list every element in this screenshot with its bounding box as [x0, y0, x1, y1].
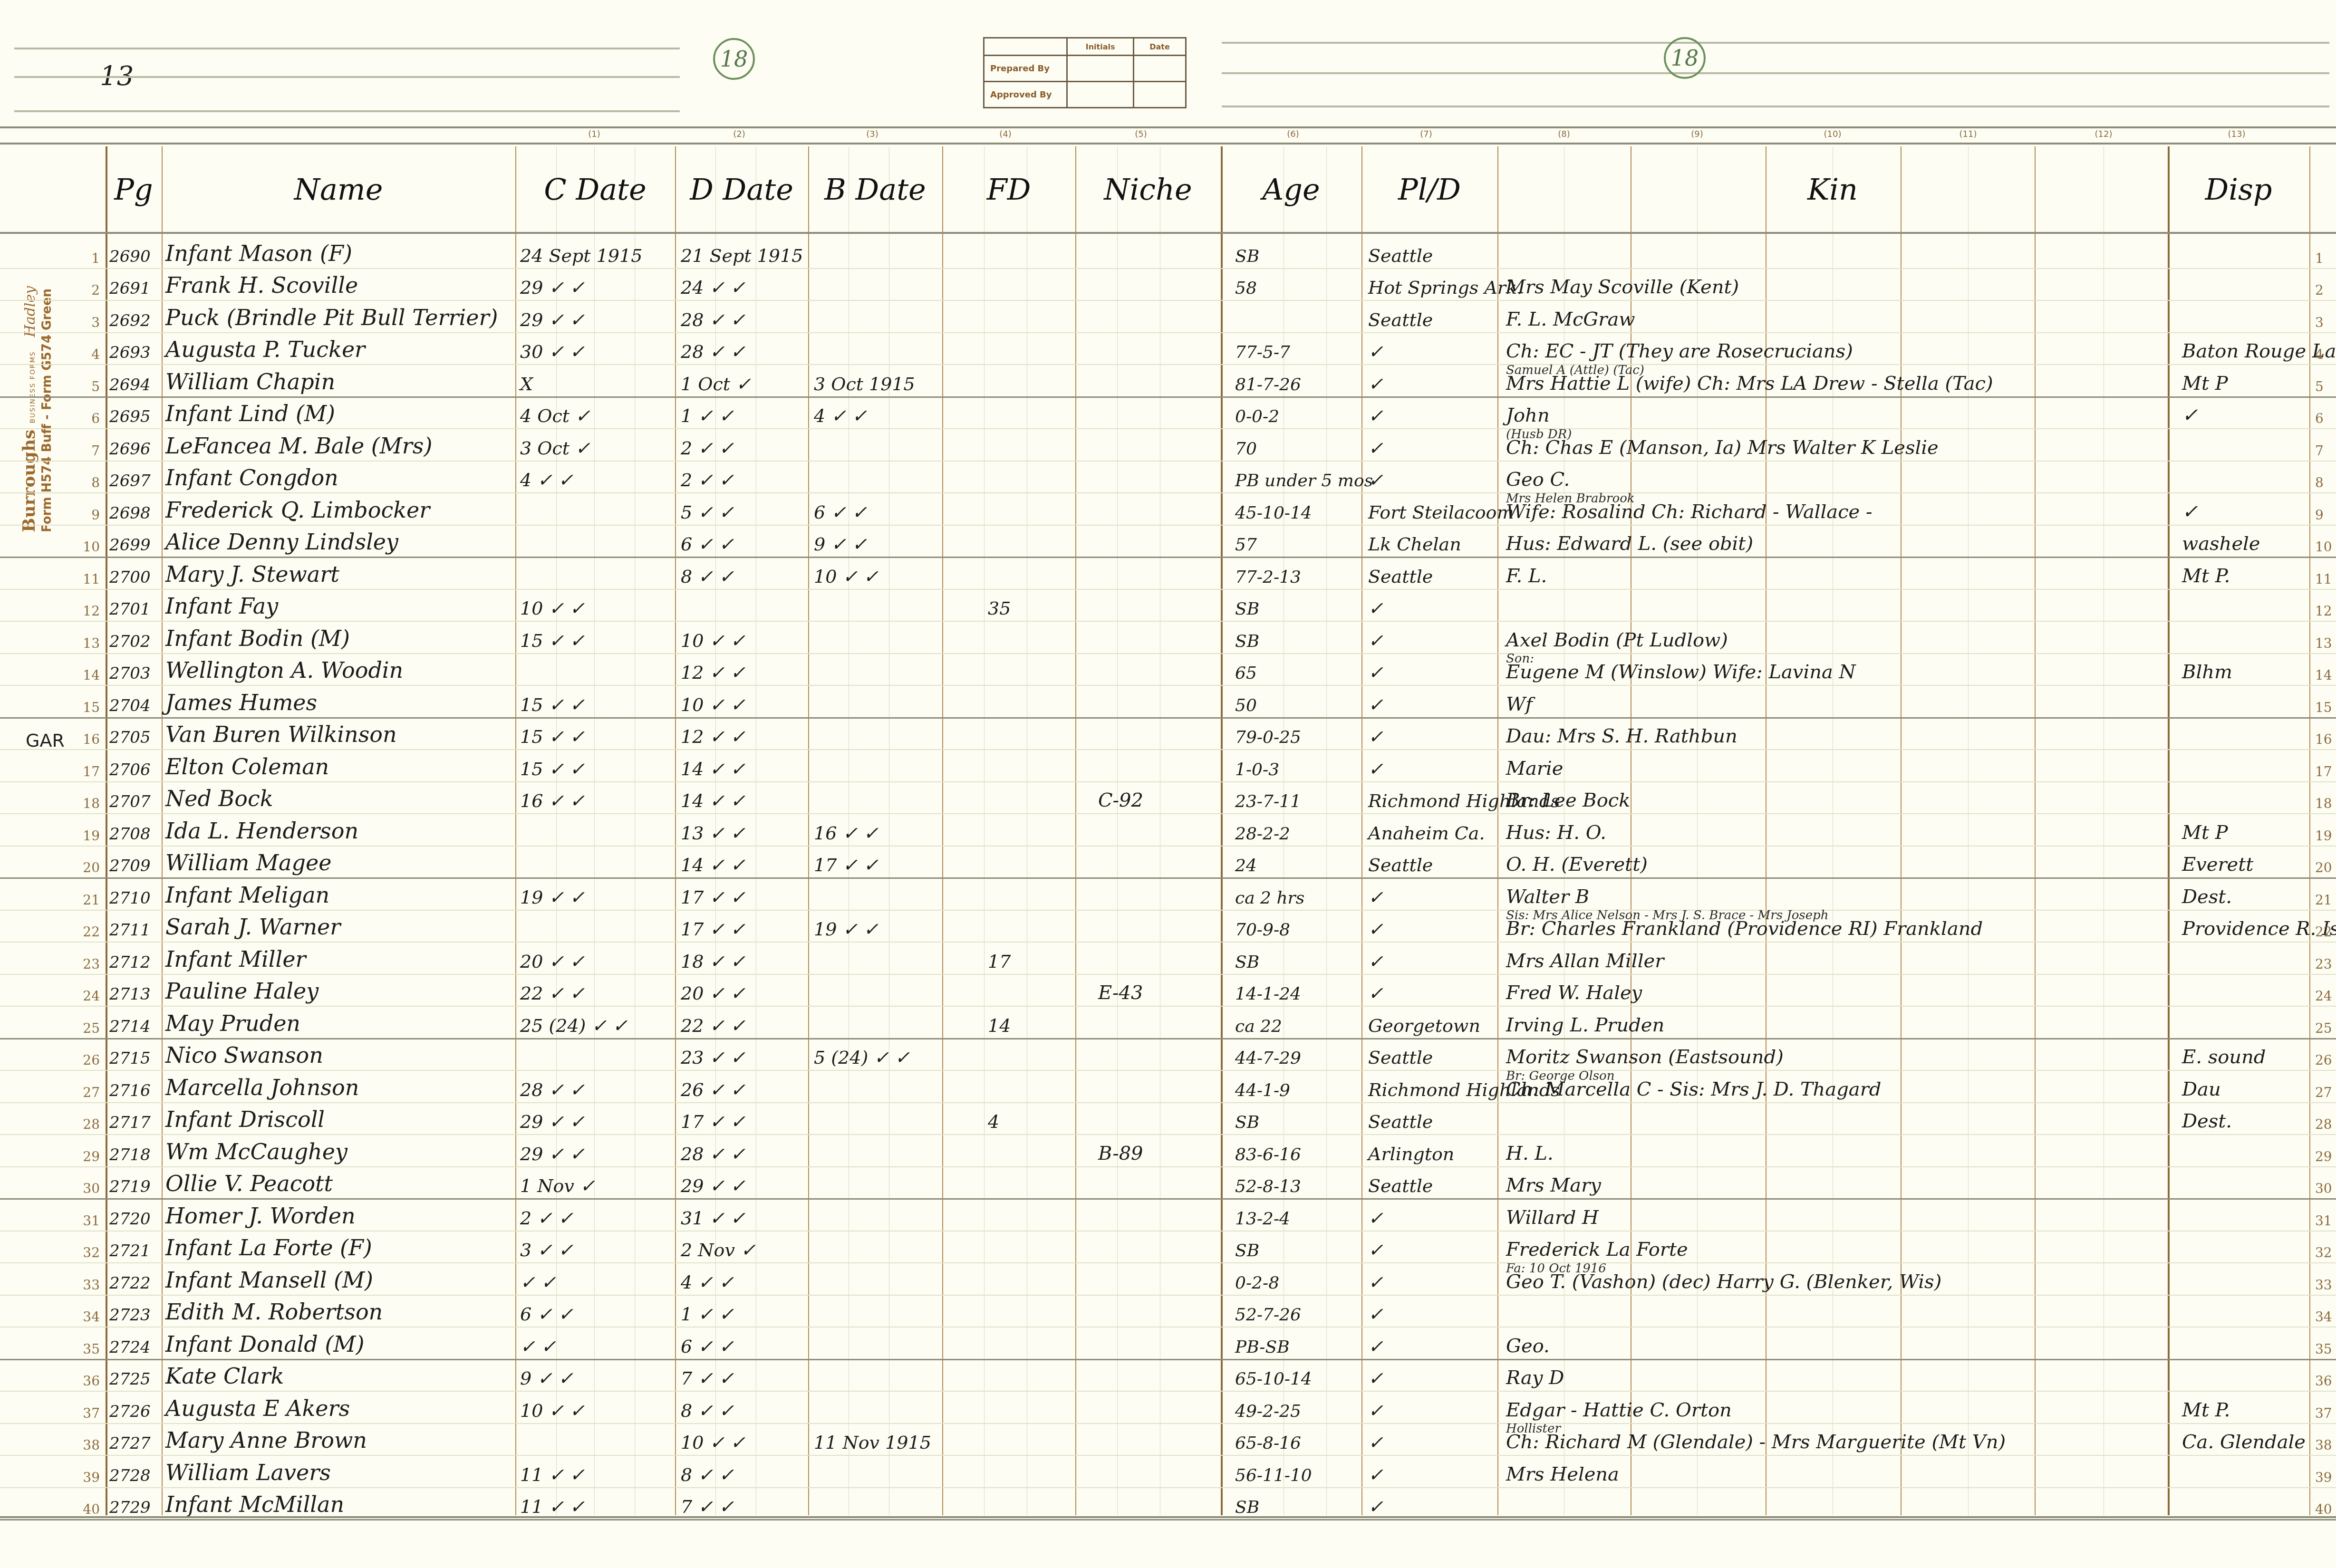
cell-pg: 2713 — [109, 985, 151, 1004]
cell-d-date: 2 ✓ ✓ — [681, 470, 734, 491]
cell-b-date: 11 Nov 1915 — [814, 1432, 931, 1453]
cell-line: 30 — [76, 1181, 100, 1196]
cell-pd: ✓ — [1368, 405, 1383, 426]
cell-line: 9 — [76, 507, 100, 523]
cell-d-date: 21 Sept 1915 — [681, 245, 803, 266]
cell-kin: Axel Bodin (Pt Ludlow) — [1506, 629, 1728, 651]
cell-kin: Mrs Helena — [1506, 1463, 1619, 1485]
cell-name: Nico Swanson — [165, 1042, 323, 1068]
cell-line-right: 11 — [2315, 571, 2332, 587]
table-row: 182707Ned Bock16 ✓ ✓14 ✓ ✓C-9223-7-11Ric… — [0, 781, 2336, 815]
column-number: (8) — [1558, 129, 1570, 139]
cell-d-date: 7 ✓ ✓ — [681, 1368, 734, 1389]
cell-kin: Mrs Mary — [1506, 1174, 1601, 1196]
cell-age: 77-5-7 — [1235, 343, 1290, 362]
cell-d-date: 17 ✓ ✓ — [681, 919, 745, 940]
cell-kin: O. H. (Everett) — [1506, 854, 1648, 875]
cell-line-right: 28 — [2315, 1116, 2332, 1132]
cell-line: 1 — [76, 250, 100, 266]
cell-line-right: 13 — [2315, 635, 2332, 651]
cell-kin: Geo. — [1506, 1335, 1550, 1357]
cell-line: 19 — [76, 828, 100, 844]
cell-c-date: 15 ✓ ✓ — [520, 630, 585, 651]
cell-name: Ollie V. Peacott — [165, 1171, 333, 1196]
cell-kin: Br: Charles Frankland (Providence RI) Fr… — [1506, 918, 1983, 940]
cell-b-date: 9 ✓ ✓ — [814, 534, 867, 555]
cell-pg: 2723 — [109, 1306, 151, 1325]
cell-kin: Geo T. (Vashon) (dec) Harry G. (Blenker,… — [1506, 1271, 1941, 1293]
cell-c-date: 28 ✓ ✓ — [520, 1079, 585, 1100]
cell-d-date: 26 ✓ ✓ — [681, 1079, 745, 1100]
cell-line-right: 29 — [2315, 1149, 2332, 1164]
cell-fd: 4 — [988, 1111, 999, 1132]
cell-pd: Seattle — [1368, 1175, 1433, 1196]
cell-kin: Wf — [1506, 693, 1533, 715]
cell-name: Pauline Haley — [165, 978, 319, 1004]
cell-kin: Frederick La Forte — [1506, 1239, 1688, 1260]
cell-c-date: 25 (24) ✓ ✓ — [520, 1015, 627, 1036]
cell-b-date: 16 ✓ ✓ — [814, 823, 878, 844]
cell-pg: 2729 — [109, 1498, 151, 1517]
cell-line-right: 26 — [2315, 1052, 2332, 1068]
approved-by-initials[interactable] — [1067, 82, 1134, 108]
cell-name: Wellington A. Woodin — [165, 657, 403, 683]
cell-d-date: 23 ✓ ✓ — [681, 1047, 745, 1068]
cell-line-right: 8 — [2315, 475, 2324, 491]
cell-disp: Mt P — [2182, 373, 2228, 394]
cell-kin: Ch: EC - JT (They are Rosecrucians) — [1506, 340, 1853, 362]
cell-kin: Mrs Hattie L (wife) Ch: Mrs LA Drew - St… — [1506, 373, 1993, 394]
cell-kin: Br: Lee Bock — [1506, 789, 1630, 811]
cell-pg: 2694 — [109, 375, 151, 394]
cell-d-date: 20 ✓ ✓ — [681, 983, 745, 1004]
table-row: 92698Frederick Q. Limbocker5 ✓ ✓6 ✓ ✓45-… — [0, 492, 2336, 526]
rule — [14, 76, 680, 78]
cell-line: 14 — [76, 667, 100, 683]
cell-disp: E. sound — [2182, 1046, 2266, 1068]
cell-d-date: 29 ✓ ✓ — [681, 1175, 745, 1196]
cell-age: SB — [1235, 1498, 1259, 1517]
table-row: 262715Nico Swanson23 ✓ ✓5 (24) ✓ ✓44-7-2… — [0, 1038, 2336, 1071]
cell-kin: Wife: Rosalind Ch: Richard - Wallace - — [1506, 501, 1873, 523]
cell-line-right: 15 — [2315, 700, 2332, 715]
rule — [14, 48, 680, 49]
cell-age: 65 — [1235, 664, 1257, 683]
cell-name: Augusta E Akers — [165, 1395, 350, 1421]
cell-age: ca 22 — [1235, 1017, 1282, 1036]
cell-line: 2 — [76, 282, 100, 298]
cell-disp: Dau — [2182, 1078, 2221, 1100]
cell-kin: Edgar - Hattie C. Orton — [1506, 1399, 1732, 1421]
header-kin: Kin — [1497, 146, 2168, 232]
cell-line: 10 — [76, 539, 100, 555]
table-row: 372726Augusta E Akers10 ✓ ✓8 ✓ ✓49-2-25✓… — [0, 1391, 2336, 1424]
cell-line-right: 3 — [2315, 315, 2324, 330]
cell-d-date: 28 ✓ ✓ — [681, 341, 745, 362]
cell-line-right: 30 — [2315, 1181, 2332, 1196]
table-row: 272716Marcella Johnson28 ✓ ✓26 ✓ ✓44-1-9… — [0, 1070, 2336, 1103]
column-number: (6) — [1287, 129, 1299, 139]
table-row: 362725Kate Clark9 ✓ ✓7 ✓ ✓65-10-14✓Ray D… — [0, 1359, 2336, 1392]
cell-pd: Seattle — [1368, 1111, 1433, 1132]
rule — [14, 110, 680, 112]
cell-disp: Blhm — [2182, 661, 2232, 683]
cell-kin: Ray D — [1506, 1367, 1564, 1389]
cell-line-right: 4 — [2315, 346, 2324, 362]
table-row: 222711Sarah J. Warner17 ✓ ✓19 ✓ ✓70-9-8✓… — [0, 910, 2336, 943]
cell-kin: Ch: Marcella C - Sis: Mrs J. D. Thagard — [1506, 1078, 1881, 1100]
cell-line: 25 — [76, 1020, 100, 1036]
cell-line-right: 23 — [2315, 956, 2332, 972]
table-row: 142703Wellington A. Woodin12 ✓ ✓65✓Son:E… — [0, 653, 2336, 686]
cell-pg: 2691 — [109, 279, 151, 298]
cell-line-right: 38 — [2315, 1437, 2332, 1453]
cell-kin: F. L. — [1506, 565, 1547, 587]
cell-line-right: 14 — [2315, 667, 2332, 683]
cell-age: 57 — [1235, 535, 1257, 555]
prepared-by-label: Prepared By — [984, 56, 1067, 82]
cell-pd: ✓ — [1368, 1240, 1383, 1260]
cell-kin: F. L. McGraw — [1506, 308, 1635, 330]
table-row: 322721Infant La Forte (F)3 ✓ ✓2 Nov ✓SB✓… — [0, 1231, 2336, 1264]
cell-kin: Hus: H. O. — [1506, 822, 1606, 844]
cell-name: William Magee — [165, 850, 331, 875]
cell-pd: Anaheim Ca. — [1368, 823, 1485, 844]
cell-age: 1-0-3 — [1235, 760, 1279, 779]
cell-name: Mary Anne Brown — [165, 1427, 367, 1453]
cell-d-date: 10 ✓ ✓ — [681, 694, 745, 715]
column-number: (3) — [866, 129, 878, 139]
cell-line-right: 17 — [2315, 764, 2332, 779]
cell-b-date: 19 ✓ ✓ — [814, 919, 878, 940]
cell-d-date: 17 ✓ ✓ — [681, 1111, 745, 1132]
cell-pd: ✓ — [1368, 887, 1383, 908]
cell-name: Van Buren Wilkinson — [165, 721, 397, 747]
cell-line-right: 5 — [2315, 379, 2324, 394]
cell-age: 23-7-11 — [1235, 792, 1301, 811]
cell-line-right: 20 — [2315, 860, 2332, 875]
cell-pd: ✓ — [1368, 1496, 1383, 1517]
approved-by-date[interactable] — [1134, 82, 1186, 108]
header-b-date: B Date — [808, 146, 942, 232]
cell-kin: Geo C. — [1506, 469, 1570, 491]
table-row: 202709William Magee14 ✓ ✓17 ✓ ✓24Seattle… — [0, 846, 2336, 879]
cell-pg: 2690 — [109, 247, 151, 266]
cell-line-right: 18 — [2315, 796, 2332, 811]
cell-disp: Dest. — [2182, 886, 2232, 908]
table-row: 162705Van Buren Wilkinson15 ✓ ✓12 ✓ ✓79-… — [0, 717, 2336, 750]
cell-line-right: 22 — [2315, 924, 2332, 940]
cell-disp: washele — [2182, 533, 2260, 555]
cell-kin: Mrs Allan Miller — [1506, 950, 1664, 972]
cell-line-right: 21 — [2315, 892, 2332, 908]
cell-line-right: 10 — [2315, 539, 2332, 555]
cell-c-date: 29 ✓ ✓ — [520, 309, 585, 330]
cell-pg: 2725 — [109, 1370, 151, 1389]
cell-age: 79-0-25 — [1235, 728, 1301, 747]
cell-age: 52-7-26 — [1235, 1305, 1301, 1325]
cell-pg: 2715 — [109, 1049, 151, 1068]
cell-pd: ✓ — [1368, 1400, 1383, 1421]
cell-d-date: 18 ✓ ✓ — [681, 951, 745, 972]
cell-c-date: 1 Nov ✓ — [520, 1175, 595, 1196]
cell-kin: Dau: Mrs S. H. Rathbun — [1506, 725, 1738, 747]
cell-pd: ✓ — [1368, 374, 1383, 394]
cell-age: 56-11-10 — [1235, 1466, 1312, 1485]
cell-name: Infant Congdon — [165, 465, 338, 491]
table-row: 392728William Lavers11 ✓ ✓8 ✓ ✓56-11-10✓… — [0, 1455, 2336, 1488]
cell-pd: ✓ — [1368, 341, 1383, 362]
cell-c-date: 15 ✓ ✓ — [520, 694, 585, 715]
rule — [1222, 42, 2329, 44]
cell-d-date: 13 ✓ ✓ — [681, 823, 745, 844]
cell-pd: ✓ — [1368, 1272, 1383, 1293]
cell-fd: 35 — [988, 598, 1011, 619]
cell-name: William Chapin — [165, 369, 335, 394]
cell-pg: 2709 — [109, 856, 151, 875]
cell-line: 34 — [76, 1309, 100, 1325]
cell-line: 29 — [76, 1149, 100, 1164]
table-row: 172706Elton Coleman15 ✓ ✓14 ✓ ✓1-0-3✓Mar… — [0, 749, 2336, 782]
circled-mark: 18 — [1664, 37, 1706, 79]
cell-c-date: 30 ✓ ✓ — [520, 341, 585, 362]
cell-pg: 2698 — [109, 504, 151, 523]
cell-name: May Pruden — [165, 1010, 300, 1036]
column-number: (10) — [1824, 129, 1842, 139]
cell-line: 11 — [76, 571, 100, 587]
table-row: 312720Homer J. Worden2 ✓ ✓31 ✓ ✓13-2-4✓W… — [0, 1198, 2336, 1231]
signoff-date-header: Date — [1134, 38, 1186, 56]
table-row: 292718Wm McCaughey29 ✓ ✓28 ✓ ✓B-8983-6-1… — [0, 1134, 2336, 1167]
table-row: 302719Ollie V. Peacott1 Nov ✓29 ✓ ✓52-8-… — [0, 1166, 2336, 1200]
cell-age: 44-7-29 — [1235, 1049, 1301, 1068]
cell-pd: ✓ — [1368, 951, 1383, 972]
cell-name: Infant Mason (F) — [165, 240, 352, 266]
cell-c-date: 10 ✓ ✓ — [520, 1400, 585, 1421]
cell-disp: Dest. — [2182, 1110, 2232, 1132]
cell-c-date: 9 ✓ ✓ — [520, 1368, 573, 1389]
prepared-by-date[interactable] — [1134, 56, 1186, 82]
approved-by-label: Approved By — [984, 82, 1067, 108]
cell-age: 14-1-24 — [1235, 984, 1301, 1004]
table-row: 382727Mary Anne Brown10 ✓ ✓11 Nov 191565… — [0, 1423, 2336, 1456]
cell-line: 38 — [76, 1437, 100, 1453]
cell-d-date: 28 ✓ ✓ — [681, 1144, 745, 1164]
cell-pd: Seattle — [1368, 566, 1433, 587]
cell-d-date: 5 ✓ ✓ — [681, 502, 734, 523]
header-fd: FD — [942, 146, 1075, 232]
cell-line: 35 — [76, 1341, 100, 1357]
table-row: 242713Pauline Haley22 ✓ ✓20 ✓ ✓E-4314-1-… — [0, 974, 2336, 1007]
cell-pd: ✓ — [1368, 1304, 1383, 1325]
cell-line-right: 39 — [2315, 1470, 2332, 1485]
cell-line: 36 — [76, 1373, 100, 1389]
cell-c-date: 19 ✓ ✓ — [520, 887, 585, 908]
column-number: (7) — [1420, 129, 1432, 139]
table-row: 42693Augusta P. Tucker30 ✓ ✓28 ✓ ✓77-5-7… — [0, 332, 2336, 366]
cell-niche: C-92 — [1098, 789, 1143, 811]
cell-name: Frank H. Scoville — [165, 272, 358, 298]
cell-c-date: ✓ ✓ — [520, 1336, 556, 1357]
cell-line-right: 34 — [2315, 1309, 2332, 1325]
cell-age: SB — [1235, 599, 1259, 619]
table-row: 112700Mary J. Stewart8 ✓ ✓10 ✓ ✓77-2-13S… — [0, 557, 2336, 590]
cell-age: PB-SB — [1235, 1337, 1290, 1357]
cell-pd: Seattle — [1368, 1047, 1433, 1068]
cell-d-date: 12 ✓ ✓ — [681, 662, 745, 683]
cell-name: Homer J. Worden — [165, 1203, 356, 1229]
cell-pd: Seattle — [1368, 855, 1433, 875]
cell-age: 65-10-14 — [1235, 1369, 1312, 1389]
cell-pd: Seattle — [1368, 245, 1433, 266]
table-row: 132702Infant Bodin (M)15 ✓ ✓10 ✓ ✓SB✓Axe… — [0, 621, 2336, 654]
cell-c-date: 15 ✓ ✓ — [520, 726, 585, 747]
column-number-strip: (1) (2) (3) (4) (5) (6) (7) (8) (9) (10)… — [0, 126, 2336, 144]
cell-line: 6 — [76, 411, 100, 426]
cell-c-date: 3 Oct ✓ — [520, 438, 590, 459]
cell-kin: Walter B — [1506, 886, 1589, 908]
cell-name: Alice Denny Lindsley — [165, 529, 398, 555]
cell-d-date: 8 ✓ ✓ — [681, 566, 734, 587]
cell-c-date: 3 ✓ ✓ — [520, 1240, 573, 1260]
cell-pg: 2706 — [109, 760, 151, 779]
bottom-rule — [0, 1516, 2336, 1518]
cell-c-date: X — [520, 374, 533, 394]
cell-c-date: 11 ✓ ✓ — [520, 1464, 585, 1485]
cell-disp: Everett — [2182, 854, 2253, 875]
cell-age: 83-6-16 — [1235, 1145, 1301, 1164]
cell-pd: ✓ — [1368, 470, 1383, 491]
column-number: (4) — [999, 129, 1012, 139]
cell-name: Infant Fay — [165, 593, 278, 619]
cell-b-date: 4 ✓ ✓ — [814, 405, 867, 426]
cell-line-right: 25 — [2315, 1020, 2332, 1036]
cell-pg: 2692 — [109, 311, 151, 330]
cell-age: 0-0-2 — [1235, 407, 1279, 426]
cell-c-date: 29 ✓ ✓ — [520, 1144, 585, 1164]
cell-d-date: 24 ✓ ✓ — [681, 277, 745, 298]
column-number: (13) — [2228, 129, 2246, 139]
rule — [1222, 72, 2329, 74]
cell-pd: ✓ — [1368, 630, 1383, 651]
cell-age: 44-1-9 — [1235, 1081, 1290, 1100]
header-disp: Disp — [2168, 146, 2309, 232]
table-row: 32692Puck (Brindle Pit Bull Terrier)29 ✓… — [0, 300, 2336, 333]
prepared-by-initials[interactable] — [1067, 56, 1134, 82]
cell-line: 17 — [76, 764, 100, 779]
cell-pg: 2718 — [109, 1145, 151, 1164]
cell-kin: H. L. — [1506, 1143, 1554, 1164]
header-niche: Niche — [1075, 146, 1221, 232]
cell-pg: 2693 — [109, 343, 151, 362]
table-row: 52694William ChapinX1 Oct ✓3 Oct 191581-… — [0, 364, 2336, 398]
circled-mark: 18 — [713, 38, 755, 80]
cell-name: Edith M. Robertson — [165, 1299, 383, 1325]
cell-line: 32 — [76, 1245, 100, 1260]
cell-c-date: 29 ✓ ✓ — [520, 1111, 585, 1132]
cell-pg: 2726 — [109, 1402, 151, 1421]
table-row: 102699Alice Denny Lindsley6 ✓ ✓9 ✓ ✓57Lk… — [0, 525, 2336, 558]
cell-name: Infant Bodin (M) — [165, 625, 350, 651]
header-c-date: C Date — [515, 146, 675, 232]
cell-d-date: 10 ✓ ✓ — [681, 630, 745, 651]
cell-pg: 2707 — [109, 792, 151, 811]
cell-line: 40 — [76, 1501, 100, 1517]
cell-disp: Providence R. Isl. — [2182, 918, 2336, 940]
cell-c-date: 6 ✓ ✓ — [520, 1304, 573, 1325]
cell-pg: 2722 — [109, 1274, 151, 1293]
cell-name: Infant Lind (M) — [165, 401, 335, 426]
cell-disp: Mt P. — [2182, 1399, 2230, 1421]
cell-pd: ✓ — [1368, 1432, 1383, 1453]
cell-line: 37 — [76, 1405, 100, 1421]
cell-d-date: 10 ✓ ✓ — [681, 1432, 745, 1453]
cell-d-date: 7 ✓ ✓ — [681, 1496, 734, 1517]
cell-pg: 2699 — [109, 536, 151, 555]
cell-name: Augusta P. Tucker — [165, 337, 365, 362]
cell-line: 33 — [76, 1277, 100, 1293]
header-pd: Pl/D — [1361, 146, 1497, 232]
cell-fd: 14 — [988, 1015, 1011, 1036]
table-row: 72696LeFancea M. Bale (Mrs)3 Oct ✓2 ✓ ✓7… — [0, 428, 2336, 462]
cell-name: Ned Bock — [165, 786, 273, 811]
cell-pd: ✓ — [1368, 694, 1383, 715]
cell-b-date: 5 (24) ✓ ✓ — [814, 1047, 910, 1068]
cell-age: 58 — [1235, 279, 1257, 298]
cell-line-right: 33 — [2315, 1277, 2332, 1293]
cell-age: ca 2 hrs — [1235, 888, 1304, 908]
cell-d-date: 14 ✓ ✓ — [681, 759, 745, 779]
header-name: Name — [162, 146, 515, 232]
cell-d-date: 17 ✓ ✓ — [681, 887, 745, 908]
table-row: 232712Infant Miller20 ✓ ✓18 ✓ ✓17SB✓Mrs … — [0, 942, 2336, 975]
cell-name: Puck (Brindle Pit Bull Terrier) — [165, 305, 498, 330]
cell-name: Mary J. Stewart — [165, 561, 339, 587]
cell-pg: 2710 — [109, 889, 151, 908]
cell-age: 70 — [1235, 439, 1257, 459]
cell-c-date: 24 Sept 1915 — [520, 245, 642, 266]
table-row: 282717Infant Driscoll29 ✓ ✓17 ✓ ✓4SBSeat… — [0, 1102, 2336, 1135]
cell-name: Sarah J. Warner — [165, 914, 340, 940]
table-row: 252714May Pruden25 (24) ✓ ✓22 ✓ ✓14ca 22… — [0, 1006, 2336, 1039]
table-row: 352724Infant Donald (M)✓ ✓6 ✓ ✓PB-SB✓Geo… — [0, 1327, 2336, 1360]
cell-name: Infant Driscoll — [165, 1106, 325, 1132]
table-row: 122701Infant Fay10 ✓ ✓35SB✓12 — [0, 589, 2336, 622]
cell-pd: ✓ — [1368, 759, 1383, 779]
cell-line: 16 — [76, 731, 100, 747]
cell-line-right: 37 — [2315, 1405, 2332, 1421]
cell-disp: ✓ — [2182, 404, 2198, 426]
cell-kin: Moritz Swanson (Eastsound) — [1506, 1046, 1784, 1068]
table-row: 152704James Humes15 ✓ ✓10 ✓ ✓50✓Wf15 — [0, 685, 2336, 719]
cell-line-right: 1 — [2315, 250, 2324, 266]
cell-line: 8 — [76, 475, 100, 491]
cell-line: 5 — [76, 379, 100, 394]
cell-age: SB — [1235, 632, 1259, 651]
cell-pd: ✓ — [1368, 983, 1383, 1004]
cell-b-date: 3 Oct 1915 — [814, 374, 915, 394]
cell-line-right: 32 — [2315, 1245, 2332, 1260]
cell-line: 3 — [76, 315, 100, 330]
cell-pg: 2716 — [109, 1081, 151, 1100]
cell-age: 77-2-13 — [1235, 568, 1301, 587]
rule — [1222, 106, 2329, 107]
cell-name: Wm McCaughey — [165, 1139, 348, 1164]
cell-kin: Hus: Edward L. (see obit) — [1506, 533, 1753, 555]
cell-pg: 2702 — [109, 632, 151, 651]
signoff-initials-header: Initials — [1067, 38, 1134, 56]
cell-line-right: 24 — [2315, 988, 2332, 1004]
